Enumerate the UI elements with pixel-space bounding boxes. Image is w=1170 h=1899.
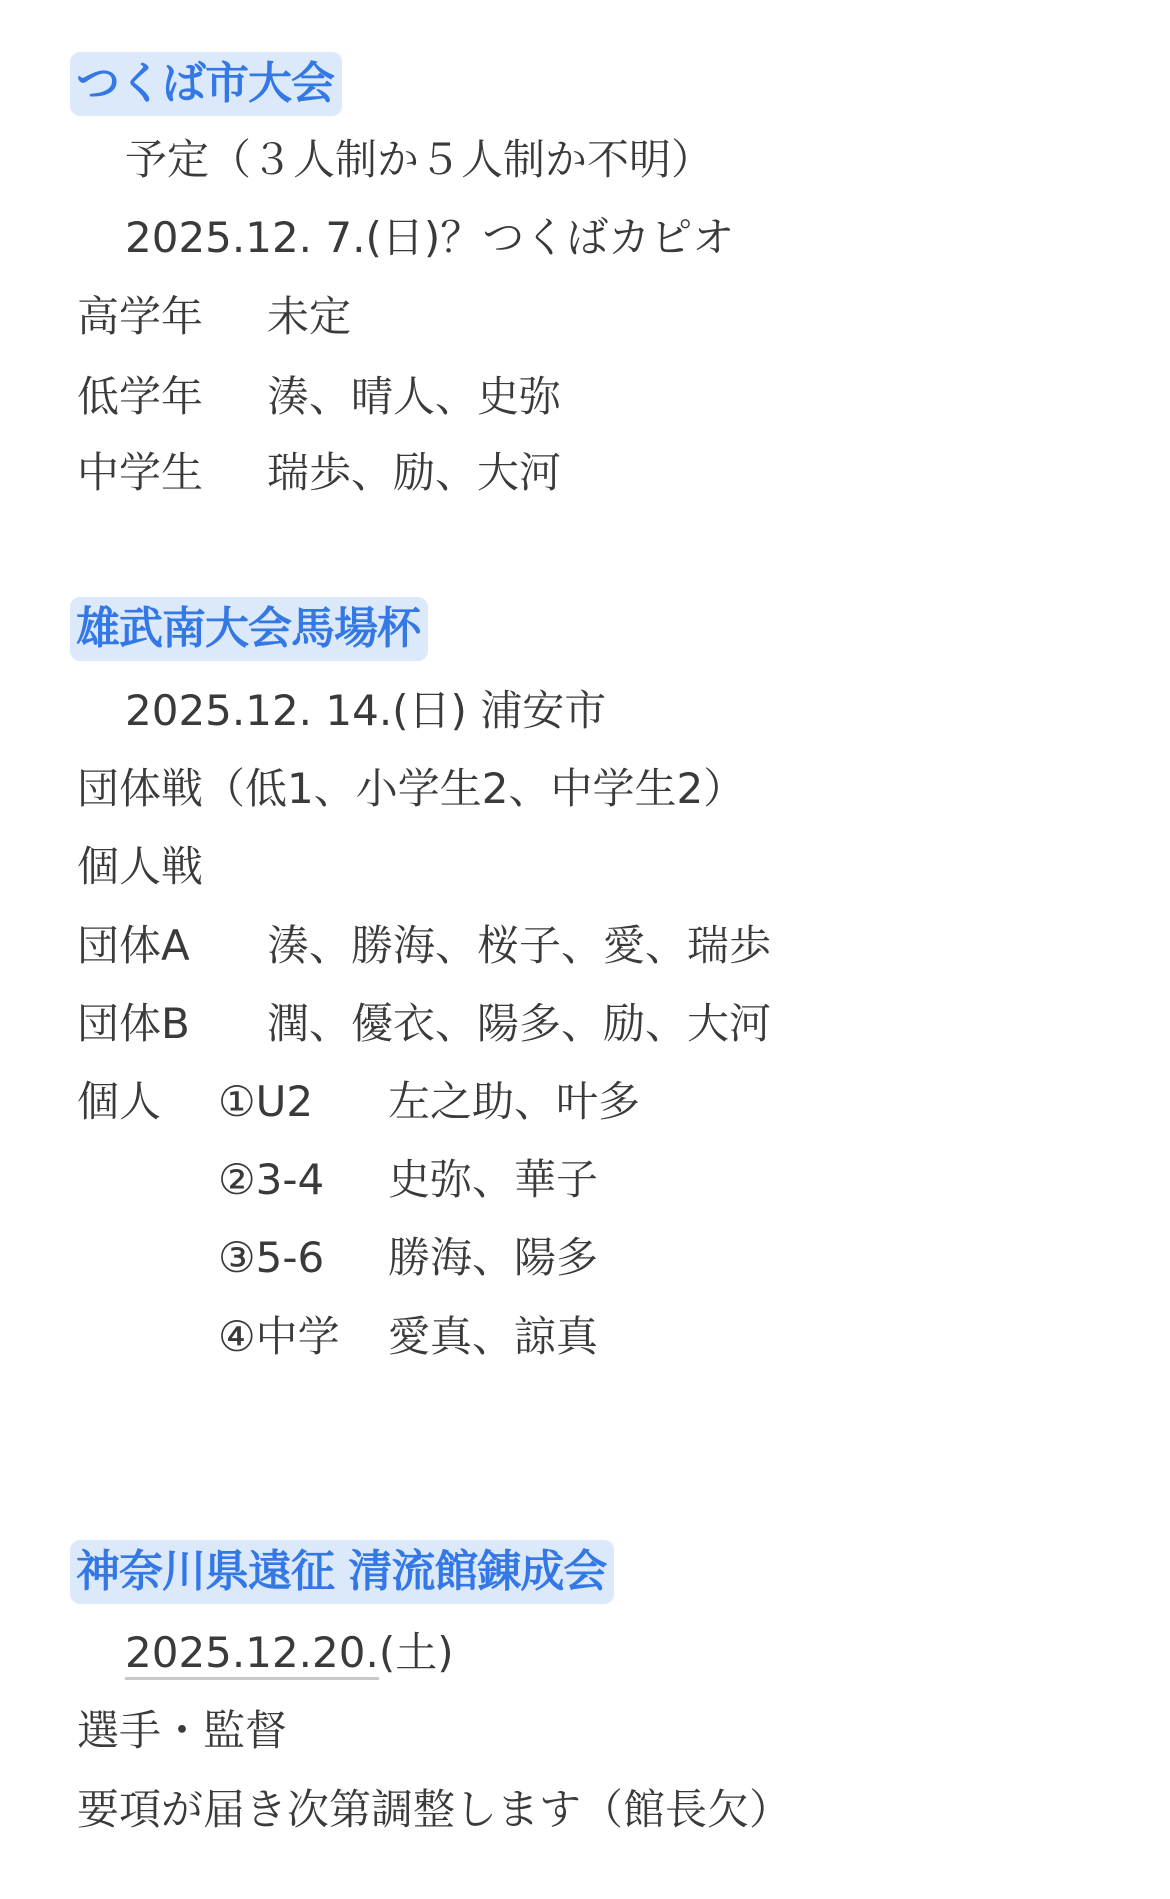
- roster-row: 低学年湊、晴人、史弥: [77, 367, 561, 427]
- division-code: ②3-4: [218, 1150, 388, 1210]
- roster-value: 未定: [267, 292, 351, 341]
- team-format-note: 団体戦（低1、小学生2、中学生2）: [77, 759, 745, 819]
- arrangement-note: 要項が届き次第調整します（館長欠）: [77, 1780, 791, 1840]
- schedule-note: 予定（３人制か５人制か不明）: [125, 130, 713, 190]
- participants-note: 選手・監督: [77, 1701, 287, 1761]
- section-title-tsukuba: つくば市大会: [70, 52, 342, 116]
- division-names: 史弥、華子: [388, 1155, 598, 1204]
- division-code: ④中学: [218, 1307, 388, 1367]
- roster-label: 低学年: [77, 367, 267, 427]
- section-title-kanagawa: 神奈川県遠征 清流館錬成会: [70, 1540, 614, 1604]
- team-row: 団体A湊、勝海、桜子、愛、瑞歩: [77, 916, 771, 976]
- event-date-venue: 2025.12. 14.(日) 浦安市: [125, 681, 606, 741]
- date-weekday: (土): [379, 1628, 454, 1677]
- roster-row: 中学生瑞歩、励、大河: [77, 443, 561, 503]
- individual-entry: ②3-4史弥、華子: [218, 1150, 598, 1210]
- roster-label: 高学年: [77, 287, 267, 347]
- division-names: 勝海、陽多: [388, 1233, 598, 1282]
- team-members: 湊、勝海、桜子、愛、瑞歩: [267, 921, 771, 970]
- team-label: 団体A: [77, 916, 267, 976]
- individual-label: 個人: [77, 1072, 161, 1132]
- individual-entry: ①U2左之助、叶多: [218, 1072, 640, 1132]
- individual-heading: 個人戦: [77, 837, 203, 897]
- team-members: 潤、優衣、陽多、励、大河: [267, 999, 771, 1048]
- event-date: 2025.12.20.(土): [125, 1623, 454, 1683]
- division-names: 愛真、諒真: [388, 1312, 598, 1361]
- roster-value: 湊、晴人、史弥: [267, 372, 561, 421]
- division-names: 左之助、叶多: [388, 1077, 640, 1126]
- individual-entry: ④中学愛真、諒真: [218, 1307, 598, 1367]
- section-title-yubuminami: 雄武南大会馬場杯: [70, 597, 428, 661]
- team-label: 団体B: [77, 994, 267, 1054]
- team-row: 団体B潤、優衣、陽多、励、大河: [77, 994, 771, 1054]
- roster-value: 瑞歩、励、大河: [267, 448, 561, 497]
- division-code: ①U2: [218, 1072, 388, 1132]
- individual-entry: ③5-6勝海、陽多: [218, 1228, 598, 1288]
- event-date-venue: 2025.12. 7.(日)？つくばカピオ: [125, 208, 734, 268]
- roster-row: 高学年未定: [77, 287, 351, 347]
- date-link[interactable]: 2025.12.20.: [125, 1628, 379, 1680]
- division-code: ③5-6: [218, 1228, 388, 1288]
- roster-label: 中学生: [77, 443, 267, 503]
